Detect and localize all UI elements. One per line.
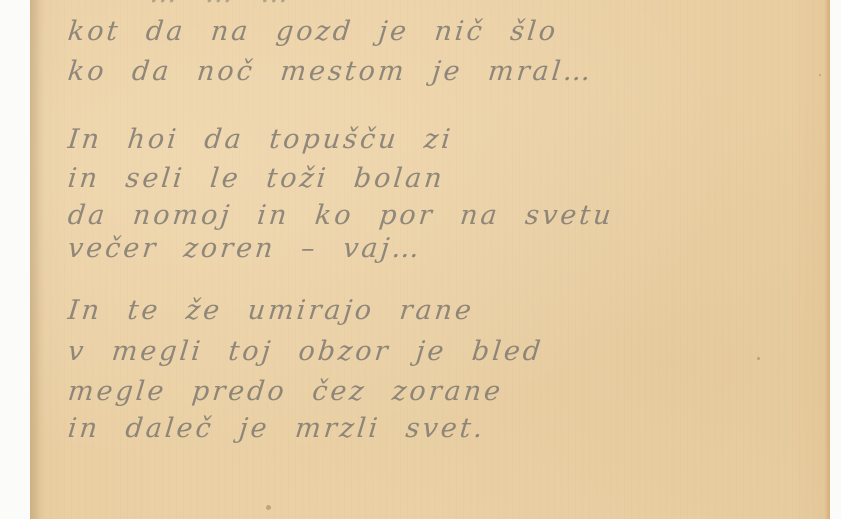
manuscript-paper-sheet: … … … kot da na gozd je nič šlo ko da no… (30, 0, 830, 519)
stanza-2-line-2: in seli le toži bolan (66, 163, 446, 194)
paper-stain-spot (819, 74, 821, 76)
paper-stain-spot (266, 505, 271, 510)
stanza-3-line-4: in daleč je mrzli svet. (66, 413, 487, 444)
stanza-2-line-4: večer zoren – vaj… (66, 233, 423, 264)
stanza-1-line-2: ko da noč mestom je mral… (66, 56, 595, 87)
stanza-2-line-1: In hoi da topušču zi (66, 124, 454, 155)
cut-off-top-line: … … … (148, 0, 292, 9)
stanza-3-line-1: In te že umirajo rane (66, 295, 475, 326)
stanza-1-line-1: kot da na gozd je nič šlo (66, 16, 559, 47)
paper-left-edge-shadow (30, 0, 44, 519)
stanza-3-line-3: megle predo čez zorane (66, 376, 504, 407)
stanza-3-line-2: v megli toj obzor je bled (66, 336, 545, 367)
stanza-2-line-3: da nomoj in ko por na svetu (66, 200, 615, 231)
paper-right-edge (824, 0, 830, 519)
scanned-page-background: … … … kot da na gozd je nič šlo ko da no… (0, 0, 841, 519)
paper-stain-spot (757, 357, 760, 360)
